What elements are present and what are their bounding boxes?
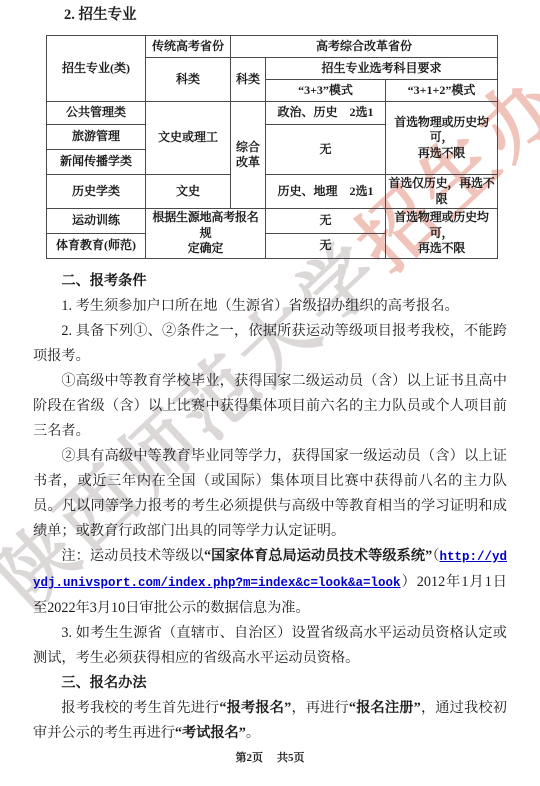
apply-seg-4: 。 — [246, 725, 260, 741]
cell-m33-none-2: 无 — [266, 209, 386, 234]
cell-major-pe-education: 体育教育(师范) — [47, 234, 146, 259]
paragraph-condition-3: 3. 如考生生源省（直辖市、自治区）设置省级高水平运动员资格认定或测试，考生必须… — [33, 621, 507, 671]
th-traditional-provinces: 传统高考省份 — [146, 36, 231, 58]
note-prefix: 注：运动员技术等级以 — [61, 548, 204, 564]
apply-term-1: “报考报名” — [219, 700, 291, 716]
paragraph-note: 注：运动员技术等级以“国家体育总局运动员技术等级系统”（http://ydydj… — [33, 544, 507, 621]
th-major: 招生专业(类) — [47, 36, 146, 102]
cell-major-tourism: 旅游管理 — [47, 125, 146, 150]
majors-table: 招生专业(类) 传统高考省份 高考综合改革省份 科类 科类 招生专业选考科目要求… — [46, 35, 498, 259]
th-subject-type-trad: 科类 — [146, 58, 231, 102]
cell-major-history: 历史学类 — [47, 175, 146, 209]
cell-major-public-admin: 公共管理类 — [47, 102, 146, 125]
cell-trad-reform-by-origin: 根据生源地高考报名规 定确定 — [146, 209, 266, 259]
paragraph-item-2: ②具有高级中等教育毕业同等学力，获得国家一级运动员（含）以上证书者，或近三年内在… — [33, 444, 507, 544]
th-reform-provinces: 高考综合改革省份 — [231, 36, 498, 58]
apply-seg-2: ，再进行 — [291, 700, 349, 716]
th-mode-3-1-2: “3+1+2”模式 — [386, 80, 498, 102]
cell-m312-history-only: 首选仅历史，再选不限 — [386, 175, 498, 209]
paragraph-condition-2: 2. 具备下列①、②条件之一，依据所获运动等级项目报考我校，不能跨项报考。 — [33, 319, 507, 369]
document-content: 2. 招生专业 招生专业(类) 传统高考省份 高考综合改革省份 科类 科类 招生… — [0, 0, 540, 786]
cell-reform-zonghe: 综合 改革 — [231, 102, 266, 209]
cell-major-journalism: 新闻传播学类 — [47, 150, 146, 175]
note-system-name: “国家体育总局运动员技术等级系统” — [204, 548, 432, 564]
th-mode-3-3: “3+3”模式 — [266, 80, 386, 102]
apply-term-2: “报名注册” — [349, 700, 421, 716]
th-subject-type-reform: 科类 — [231, 58, 266, 102]
paragraph-apply: 报考我校的考生首先进行“报考报名”，再进行“报名注册”，通过我校初审并公示的考生… — [33, 696, 507, 746]
page-footer: 第2页共5页 — [0, 749, 540, 765]
paragraph-condition-1: 1. 考生须参加户口所在地（生源省）省级招办组织的高考报名。 — [33, 294, 507, 319]
apply-term-3: “考试报名” — [175, 725, 246, 741]
cell-major-sports-training: 运动训练 — [47, 209, 146, 234]
document-page: 陕西师范大学招生办 2. 招生专业 招生专业(类) 传统高考省份 高考综合改革省… — [0, 0, 540, 786]
cell-m33-none-1: 无 — [266, 125, 386, 175]
cell-m33-history-geo: 历史、地理 2选1 — [266, 175, 386, 209]
cell-m312-physics-history-2: 首选物理或历史均可， 再选不限 — [386, 209, 498, 259]
cell-trad-wenli: 文史或理工 — [146, 102, 231, 175]
cell-m33-politics-history: 政治、历史 2选1 — [266, 102, 386, 125]
section-heading-majors: 2. 招生专业 — [64, 3, 137, 24]
cell-m33-none-3: 无 — [266, 234, 386, 259]
paragraph-item-1: ①高级中等教育学校毕业，获得国家二级运动员（含）以上证书且高中阶段在省级（含）以… — [33, 369, 507, 444]
section-heading-method: 三、报名办法 — [33, 671, 507, 696]
cell-trad-wenshi: 文史 — [146, 175, 231, 209]
footer-total-pages: 共5页 — [277, 752, 305, 764]
body-text: 二、报考条件 1. 考生须参加户口所在地（生源省）省级招办组织的高考报名。 2.… — [33, 269, 507, 746]
apply-seg-1: 报考我校的考生首先进行 — [61, 700, 219, 716]
cell-m312-physics-history: 首选物理或历史均可， 再选不限 — [386, 102, 498, 175]
th-subject-requirement: 招生专业选考科目要求 — [266, 58, 498, 80]
footer-page-number: 第2页 — [236, 752, 264, 764]
section-heading-conditions: 二、报考条件 — [33, 269, 507, 294]
